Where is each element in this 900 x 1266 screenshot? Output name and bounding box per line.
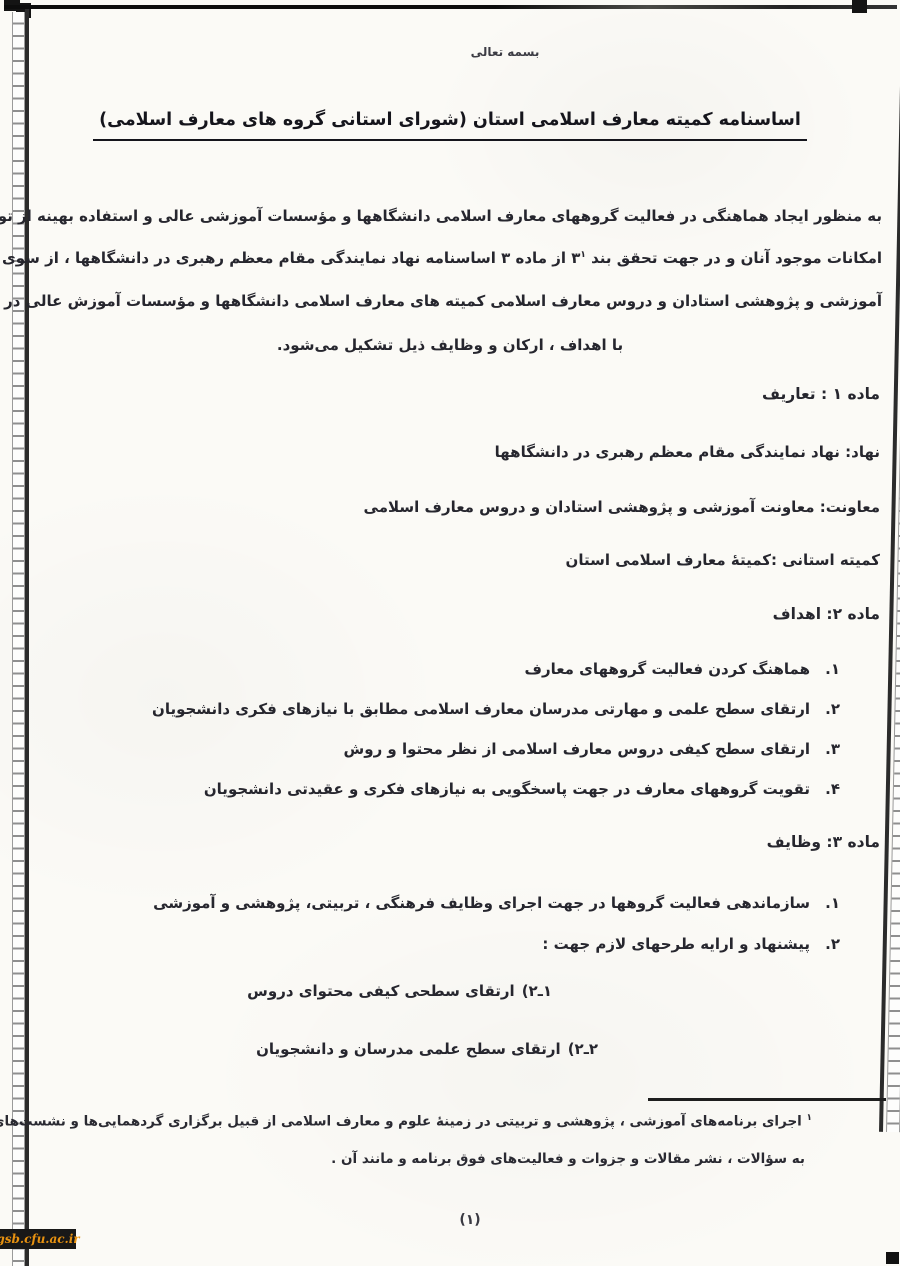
- intro-line2-text: امکانات موجود آنان و در جهت تحقق بند ۳: [571, 249, 882, 267]
- goal-item-1-text: هماهنگ کردن فعالیت گروههای معارف: [525, 660, 810, 678]
- footnote-line-1-text: اجرای برنامه‌های آموزشی ، پژوهشی و تربیت…: [0, 1114, 802, 1130]
- corner-ornament-top-right: [852, 0, 867, 13]
- scanned-document-page: بسمه تعالی اساسنامه کمیته معارف اسلامی ا…: [0, 0, 900, 1266]
- goal-item-3-number: ۳.: [822, 740, 840, 758]
- top-border-rule: [4, 5, 897, 9]
- page-number: (۱): [40, 1212, 900, 1228]
- definition-komite-ostani: کمیته استانی :کمیتهٔ معارف اسلامی استان: [566, 551, 880, 569]
- document-title-row: اساسنامه کمیته معارف اسلامی استان (شورای…: [0, 110, 900, 141]
- intro-paragraph-line-4: با اهداف ، ارکان و وظایف ذیل تشکیل می‌شو…: [0, 336, 900, 354]
- footnote-separator-rule: [648, 1098, 886, 1101]
- duty-subitem-2-2: ۲ـ۲) ارتقای سطح علمی مدرسان و دانشجویان: [256, 1040, 598, 1058]
- duty-subitem-2-2-text: ارتقای سطح علمی مدرسان و دانشجویان: [256, 1040, 561, 1058]
- goal-item-2: ۲. ارتقای سطح علمی و مهارتی مدرسان معارف…: [152, 700, 840, 718]
- goal-item-4-text: تقویت گروههای معارف در جهت پاسخگویی به ن…: [204, 780, 810, 798]
- duty-item-2-number: ۲.: [822, 935, 840, 953]
- left-filmstrip-edge: [12, 12, 25, 1266]
- footnote-line-2: به سؤالات ، نشر مقالات و جزوات و فعالیت‌…: [331, 1151, 805, 1167]
- definition-moavenat: معاونت: معاونت آموزشی و پژوهشی استادان و…: [364, 498, 880, 516]
- goal-item-2-text: ارتقای سطح علمی و مهارتی مدرسان معارف اس…: [152, 700, 810, 718]
- goal-item-1-number: ۱.: [822, 660, 840, 678]
- intro-line2-continuation: از ماده ۳ اساسنامه نهاد نمایندگی مقام مع…: [0, 249, 571, 267]
- duty-item-2-text: پیشنهاد و ارایه طرحهای لازم جهت :: [542, 935, 810, 953]
- intro-paragraph-line-3: آموزشی و پژوهشی استادان و دروس معارف اسل…: [0, 292, 882, 310]
- goal-item-3: ۳. ارتقای سطح کیفی دروس معارف اسلامی از …: [344, 740, 840, 758]
- duty-subitem-2-2-label: ۲ـ۲): [568, 1040, 598, 1058]
- bismillah-invocation: بسمه تعالی: [110, 45, 900, 59]
- duty-item-2: ۲. پیشنهاد و ارایه طرحهای لازم جهت :: [542, 935, 840, 953]
- duty-item-1-text: سازماندهی فعالیت گروهها در جهت اجرای وظا…: [153, 894, 810, 912]
- right-edge-group: [879, 8, 900, 1132]
- article-3-heading: ماده ۳: وظایف: [767, 833, 880, 851]
- site-watermark-band: gsb.cfu.ac.ir: [0, 1229, 76, 1249]
- document-title: اساسنامه کمیته معارف اسلامی استان (شورای…: [93, 110, 807, 141]
- goal-item-4-number: ۴.: [822, 780, 840, 798]
- left-edge-bar: [25, 9, 29, 1266]
- footnote-line-1: ۱ اجرای برنامه‌های آموزشی ، پژوهشی و ترب…: [0, 1113, 812, 1130]
- duty-item-1-number: ۱.: [822, 894, 840, 912]
- article-2-heading: ماده ۲: اهداف: [773, 605, 880, 623]
- article-1-heading: ماده ۱ : تعاریف: [762, 385, 880, 403]
- duty-item-1: ۱. سازماندهی فعالیت گروهها در جهت اجرای …: [153, 894, 840, 912]
- site-watermark-text: gsb.cfu.ac.ir: [0, 1233, 80, 1245]
- goal-item-3-text: ارتقای سطح کیفی دروس معارف اسلامی از نظر…: [344, 740, 810, 758]
- goal-item-4: ۴. تقویت گروههای معارف در جهت پاسخگویی ب…: [204, 780, 840, 798]
- definition-nahad: نهاد: نهاد نمایندگی مقام معظم رهبری در د…: [495, 443, 880, 461]
- goal-item-2-number: ۲.: [822, 700, 840, 718]
- duty-subitem-1-2: ۱ـ۲) ارتقای سطحی کیفی محتوای دروس: [247, 982, 552, 1000]
- footnote-marker: ۱: [807, 1113, 813, 1123]
- corner-ornament-bottom-right: [886, 1252, 899, 1264]
- intro-paragraph-line-2: امکانات موجود آنان و در جهت تحقق بند ۳۱ …: [0, 249, 882, 267]
- duty-subitem-1-2-text: ارتقای سطحی کیفی محتوای دروس: [247, 982, 515, 1000]
- goal-item-1: ۱. هماهنگ کردن فعالیت گروههای معارف: [525, 660, 840, 678]
- intro-paragraph-line-1: به منظور ایجاد هماهنگی در فعالیت گروههای…: [0, 207, 882, 225]
- duty-subitem-1-2-label: ۱ـ۲): [522, 982, 552, 1000]
